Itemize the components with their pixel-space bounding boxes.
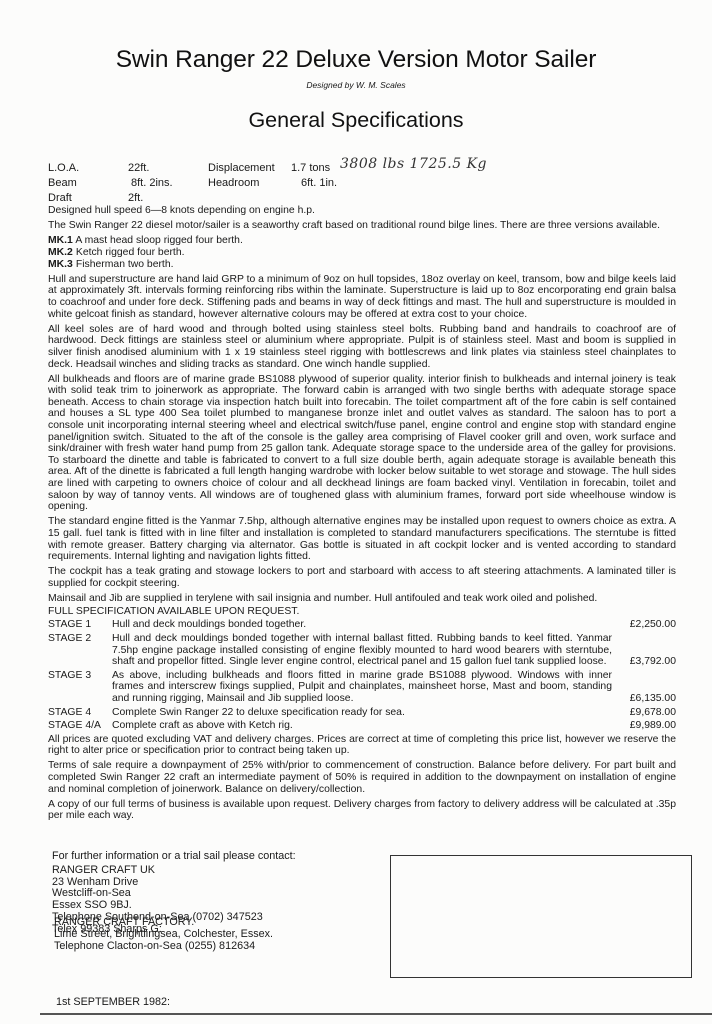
hull-speed-text: Designed hull speed 6—8 knots depending …	[48, 205, 676, 217]
spec-body: Designed hull speed 6—8 knots depending …	[48, 205, 676, 826]
factory-address: Lime Street, Brightlingsea, Colchester, …	[54, 929, 273, 941]
stage-label: STAGE 4/A	[48, 720, 112, 732]
version-code: MK.1	[48, 235, 73, 247]
spec-value: 6ft. 1in.	[301, 176, 337, 191]
spec-label: Headroom	[208, 176, 259, 191]
full-spec-notice: FULL SPECIFICATION AVAILABLE UPON REQUES…	[48, 606, 676, 618]
stage-price: £9,678.00	[612, 707, 676, 719]
stage-price: £3,792.00	[612, 656, 676, 668]
fittings-paragraph: All keel soles are of hard wood and thro…	[48, 324, 676, 370]
stage-desc: Hull and deck mouldings bonded together.	[112, 619, 612, 631]
document-date: 1st SEPTEMBER 1982:	[56, 996, 170, 1008]
version-desc: Ketch rigged four berth.	[76, 247, 185, 258]
company-name: RANGER CRAFT UK	[52, 865, 296, 877]
stage-desc: Complete Swin Ranger 22 to deluxe specif…	[112, 707, 612, 719]
price-row: STAGE 4 Complete Swin Ranger 22 to delux…	[48, 707, 676, 719]
price-list: STAGE 1 Hull and deck mouldings bonded t…	[48, 619, 676, 731]
price-row: STAGE 4/A Complete craft as above with K…	[48, 720, 676, 732]
stage-price: £2,250.00	[612, 619, 676, 631]
spec-label: L.O.A.	[48, 161, 79, 176]
delivery-terms-paragraph: A copy of our full terms of business is …	[48, 799, 676, 822]
dealer-stamp-box	[390, 855, 692, 978]
stage-label: STAGE 4	[48, 707, 112, 719]
spec-label: Beam	[48, 176, 77, 191]
list-item: MK.1 A mast head sloop rigged four berth…	[48, 235, 676, 247]
engine-paragraph: The standard engine fitted is the Yanmar…	[48, 516, 676, 562]
payment-terms-paragraph: Terms of sale require a downpayment of 2…	[48, 760, 676, 795]
spec-value: 1.7 tons	[291, 161, 330, 176]
vat-terms-paragraph: All prices are quoted excluding VAT and …	[48, 734, 676, 757]
spec-value: 8ft. 2ins.	[131, 176, 173, 191]
stage-price: £9,989.00	[612, 720, 676, 732]
document-title: Swin Ranger 22 Deluxe Version Motor Sail…	[0, 46, 712, 74]
cockpit-paragraph: The cockpit has a teak grating and stowa…	[48, 566, 676, 589]
factory-block: RANGER CRAFT FACTORY. Lime Street, Brigh…	[54, 917, 273, 952]
versions-list: MK.1 A mast head sloop rigged four berth…	[48, 235, 676, 270]
price-row: STAGE 3 As above, including bulkheads an…	[48, 670, 676, 705]
handwritten-annotation: 3808 lbs 1725.5 Kg	[340, 157, 487, 172]
sails-paragraph: Mainsail and Jib are supplied in terylen…	[48, 593, 676, 605]
designer-credit: Designed by W. M. Scales	[0, 80, 712, 90]
stage-desc: As above, including bulkheads and floors…	[112, 670, 612, 705]
spec-sheet-page: Swin Ranger 22 Deluxe Version Motor Sail…	[0, 0, 712, 1024]
interior-paragraph: All bulkheads and floors are of marine g…	[48, 374, 676, 513]
stage-label: STAGE 2	[48, 633, 112, 668]
spec-label: Displacement	[208, 161, 275, 176]
bottom-rule	[40, 1013, 712, 1015]
list-item: MK.2 Ketch rigged four berth.	[48, 247, 676, 259]
intro-paragraph: The Swin Ranger 22 diesel motor/sailer i…	[48, 220, 676, 232]
hull-paragraph: Hull and superstructure are hand laid GR…	[48, 274, 676, 320]
contact-intro: For further information or a trial sail …	[52, 851, 296, 863]
version-code: MK.3	[48, 259, 73, 271]
version-desc: A mast head sloop rigged four berth.	[75, 235, 243, 246]
price-row: STAGE 2 Hull and deck mouldings bonded t…	[48, 633, 676, 668]
section-heading: General Specifications	[0, 108, 712, 133]
stage-desc: Complete craft as above with Ketch rig.	[112, 720, 612, 732]
list-item: MK.3 Fisherman two berth.	[48, 259, 676, 271]
stage-price: £6,135.00	[612, 693, 676, 705]
stage-desc: Hull and deck mouldings bonded together …	[112, 633, 612, 668]
spec-value: 2ft.	[128, 191, 143, 206]
price-row: STAGE 1 Hull and deck mouldings bonded t…	[48, 619, 676, 631]
spec-label: Draft	[48, 191, 72, 206]
version-code: MK.2	[48, 247, 73, 259]
version-desc: Fisherman two berth.	[76, 259, 174, 270]
stage-label: STAGE 3	[48, 670, 112, 705]
stage-label: STAGE 1	[48, 619, 112, 631]
spec-value: 22ft.	[128, 161, 149, 176]
factory-telephone: Telephone Clacton-on-Sea (0255) 812634	[54, 941, 273, 953]
